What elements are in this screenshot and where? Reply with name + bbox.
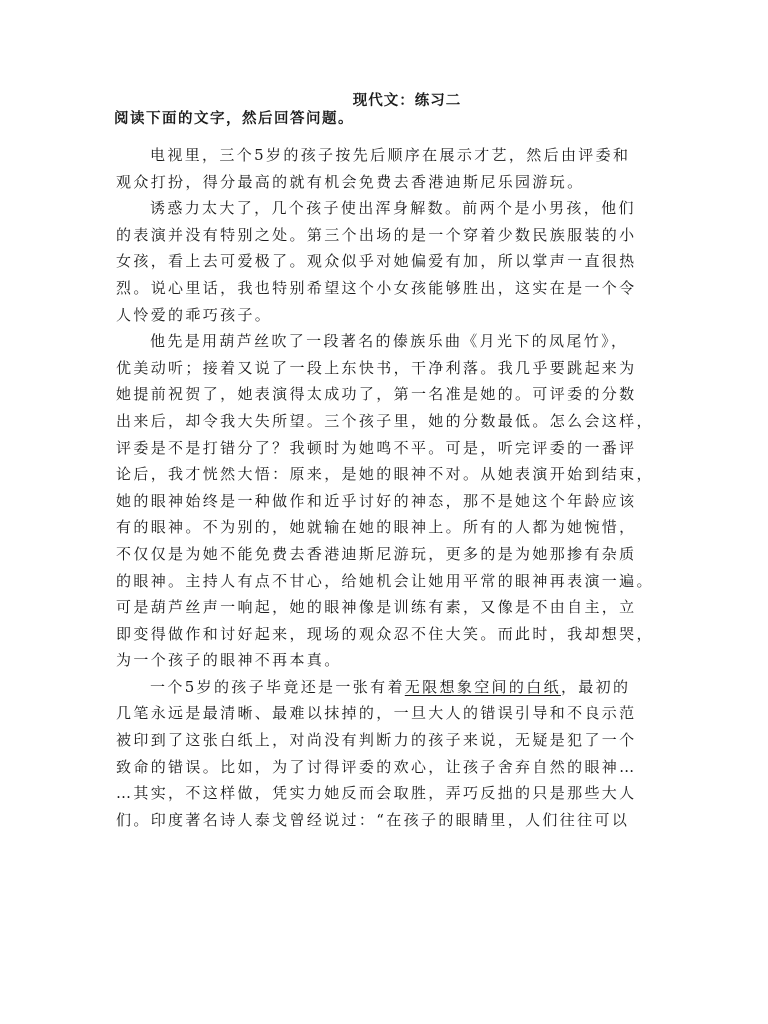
- text-line: 出来后，却令我大失所望。三个孩子里，她的分数最低。怎么会这样，: [116, 408, 668, 435]
- paragraph-2: 诱惑力太大了，几个孩子使出浑身解数。前两个是小男孩，他们 的表演并没有特别之处。…: [116, 195, 668, 328]
- text-line: 有的眼神。不为别的，她就输在她的眼神上。所有的人都为她惋惜，: [116, 514, 668, 541]
- text-line: 女孩，看上去可爱极了。观众似乎对她偏爱有加，所以掌声一直很热: [116, 248, 668, 275]
- underlined-phrase: 无限想象空间的白纸: [405, 678, 561, 696]
- text-line: 人怜爱的乖巧孩子。: [116, 302, 668, 329]
- paragraph-1: 电视里，三个5岁的孩子按先后顺序在展示才艺，然后由评委和 观众打扮，得分最高的就…: [116, 142, 668, 195]
- text-line: 被印到了这张白纸上，对尚没有判断力的孩子来说，无疑是犯了一个: [116, 727, 668, 754]
- text-line: 他先是用葫芦丝吹了一段著名的傣族乐曲《月光下的凤尾竹》，: [116, 328, 668, 355]
- text-line: 不仅仅是为她不能免费去香港迪斯尼游玩，更多的是为她那掺有杂质: [116, 541, 668, 568]
- text-line: 为一个孩子的眼神不再本真。: [116, 647, 668, 674]
- document-page: 现代文：练习二 阅读下面的文字，然后回答问题。 电视里，三个5岁的孩子按先后顺序…: [116, 92, 668, 833]
- text-line: 评委是不是打错分了？我顿时为她鸣不平。可是，听完评委的一番评: [116, 435, 668, 462]
- text-line: 们。印度著名诗人泰戈曾经说过：“在孩子的眼睛里，人们往往可以: [116, 807, 668, 834]
- text-segment: ，最初的: [561, 678, 630, 696]
- text-line: 她的眼神始终是一种做作和近乎讨好的神态，那不是她这个年龄应该: [116, 488, 668, 515]
- text-line: 致命的错误。比如，为了讨得评委的欢心，让孩子舍弃自然的眼神…: [116, 754, 668, 781]
- text-line: 几笔永远是最清晰、最难以抹掉的，一旦大人的错误引导和不良示范: [116, 700, 668, 727]
- text-line: 观众打扮，得分最高的就有机会免费去香港迪斯尼乐园游玩。: [116, 169, 668, 196]
- document-title: 现代文：练习二: [116, 92, 668, 110]
- text-line: 烈。说心里话，我也特别希望这个小女孩能够胜出，这实在是一个令: [116, 275, 668, 302]
- text-line: …其实，不这样做，凭实力她反而会取胜，弄巧反拙的只是那些大人: [116, 780, 668, 807]
- text-line: 一个5岁的孩子毕竟还是一张有着无限想象空间的白纸，最初的: [116, 674, 668, 701]
- paragraph-3: 他先是用葫芦丝吹了一段著名的傣族乐曲《月光下的凤尾竹》， 优美动听；接着又说了一…: [116, 328, 668, 674]
- text-line: 可是葫芦丝声一响起，她的眼神像是训练有素，又像是不由自主，立: [116, 594, 668, 621]
- passage: 电视里，三个5岁的孩子按先后顺序在展示才艺，然后由评委和 观众打扮，得分最高的就…: [116, 142, 668, 833]
- text-line: 优美动听；接着又说了一段上东快书，干净利落。我几乎要跳起来为: [116, 355, 668, 382]
- text-line: 即变得做作和讨好起来，现场的观众忍不住大笑。而此时，我却想哭，: [116, 621, 668, 648]
- text-line: 电视里，三个5岁的孩子按先后顺序在展示才艺，然后由评委和: [116, 142, 668, 169]
- text-line: 的表演并没有特别之处。第三个出场的是一个穿着少数民族服装的小: [116, 222, 668, 249]
- text-line: 诱惑力太大了，几个孩子使出浑身解数。前两个是小男孩，他们: [116, 195, 668, 222]
- paragraph-4: 一个5岁的孩子毕竟还是一张有着无限想象空间的白纸，最初的 几笔永远是最清晰、最难…: [116, 674, 668, 834]
- text-segment: 一个5岁的孩子毕竟还是一张有着: [150, 678, 405, 696]
- instruction-text: 阅读下面的文字，然后回答问题。: [114, 110, 668, 128]
- text-line: 论后，我才恍然大悟：原来，是她的眼神不对。从她表演开始到结束，: [116, 461, 668, 488]
- text-line: 她提前祝贺了，她表演得太成功了，第一名准是她的。可评委的分数: [116, 381, 668, 408]
- text-line: 的眼神。主持人有点不甘心，给她机会让她用平常的眼神再表演一遍。: [116, 568, 668, 595]
